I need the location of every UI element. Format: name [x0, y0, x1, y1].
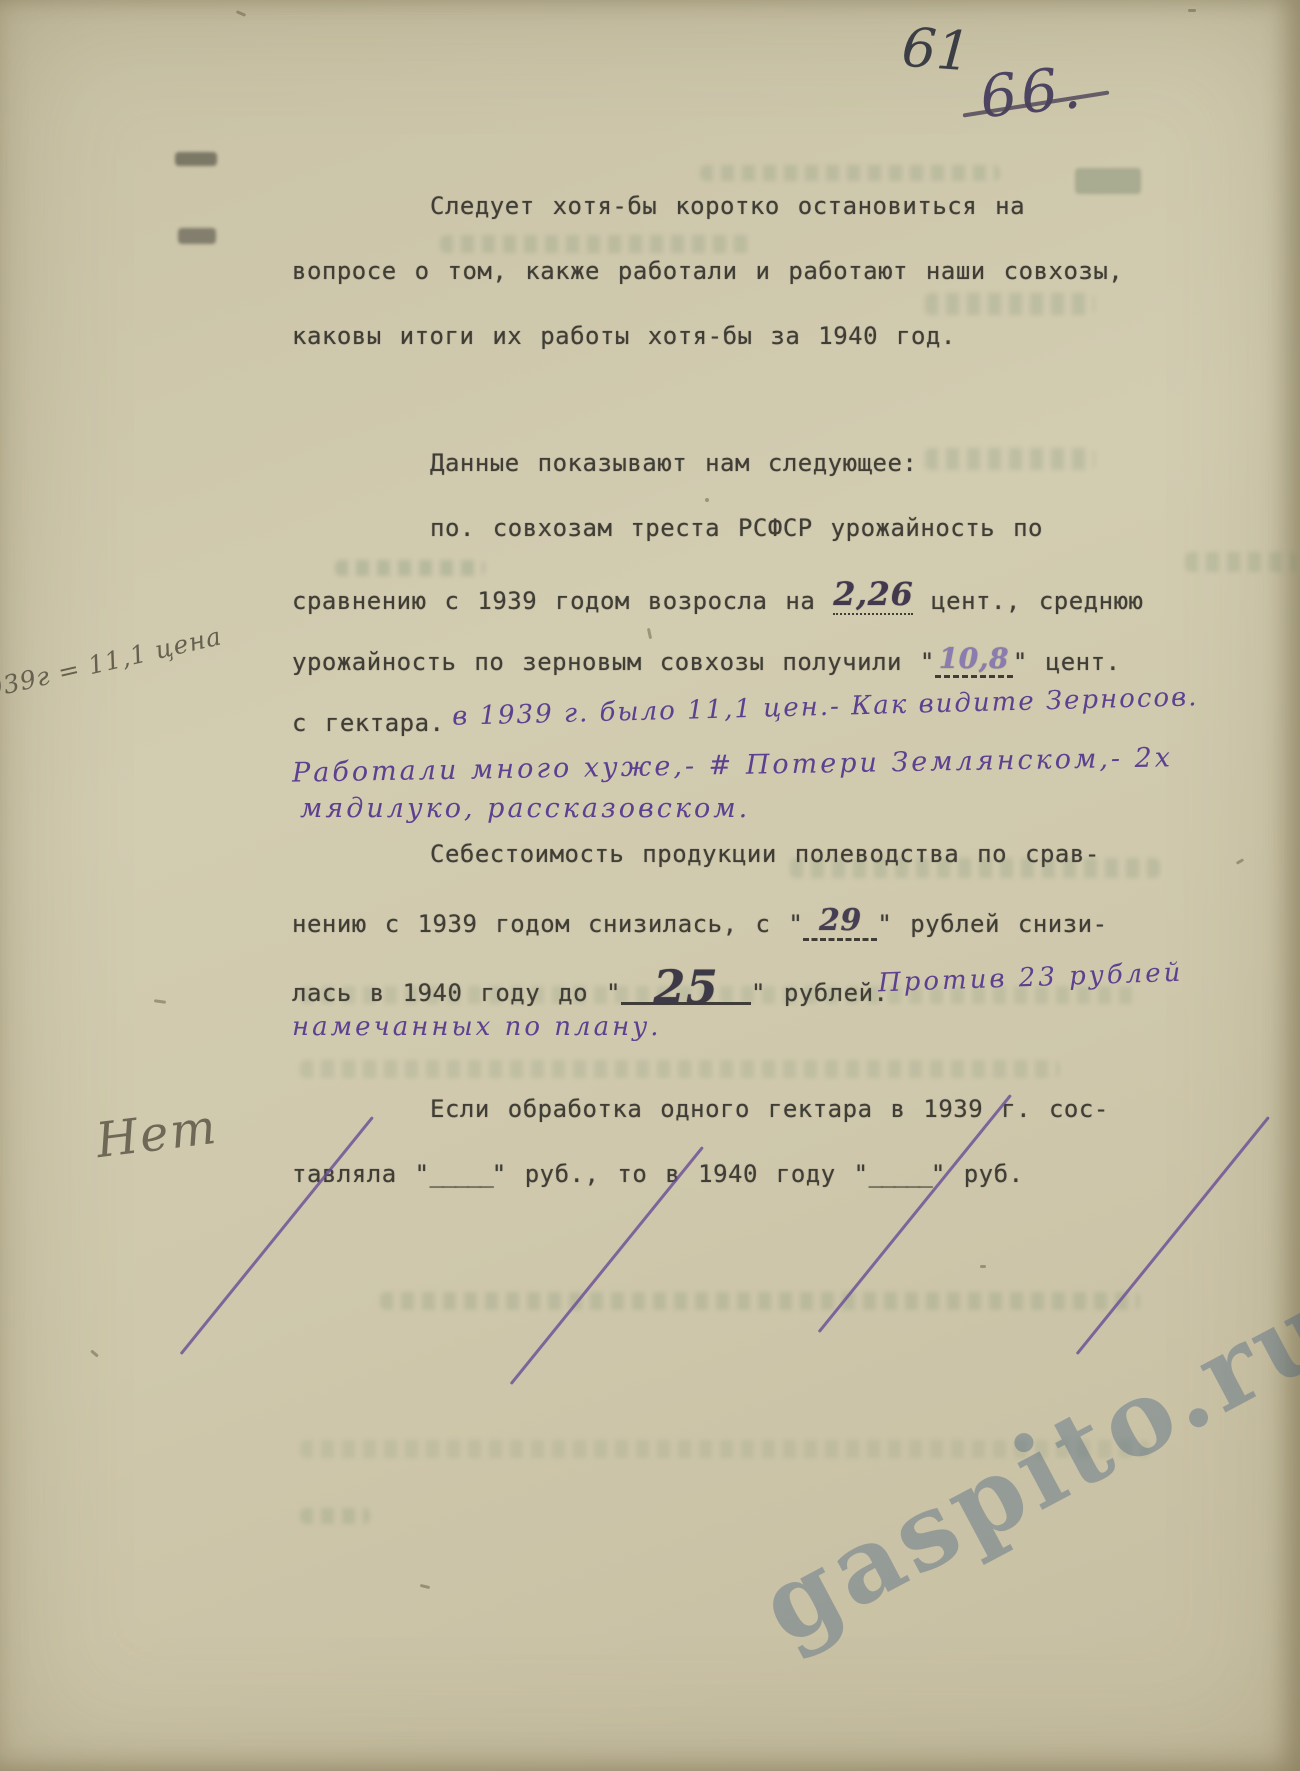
bleedthrough-text [925, 293, 1095, 315]
typed-line: по. совхозам треста РСФСР урожайность по [430, 514, 1043, 542]
paper-fiber [980, 1265, 986, 1268]
bleedthrough-text [925, 448, 1095, 470]
typed-line: Данные показывают нам следующее: [430, 449, 917, 477]
paper-fiber [1188, 9, 1196, 12]
edge-smudge [175, 152, 217, 166]
typed-text: урожайность по зерновым совхозы получили… [292, 648, 935, 676]
ink-smudge [1075, 168, 1141, 194]
typed-text: лась в 1940 году до " [292, 979, 621, 1007]
typed-line: нению с 1939 годом снизилась, с "29" руб… [292, 905, 1108, 943]
crossed-page-number: 66. [977, 53, 1088, 132]
typed-text: цент., среднюю [913, 587, 1143, 615]
handwritten-fill-cost-to: 25 [621, 972, 751, 1005]
typed-line: с гектара. [292, 709, 445, 737]
bleedthrough-text [700, 165, 1000, 181]
bleedthrough-text [380, 1292, 1140, 1310]
typed-line: тавляла "_____" руб., то в 1940 году "__… [292, 1160, 1024, 1188]
edge-smudge [178, 228, 216, 244]
typed-line: Следует хотя-бы коротко остановиться на [430, 192, 1025, 220]
typed-line: вопросе о том, какже работали и работают… [292, 257, 1123, 285]
typed-blank: _____ [869, 1160, 931, 1188]
typed-line: урожайность по зерновым совхозы получили… [292, 644, 1121, 680]
typed-text: " цент. [1013, 648, 1121, 676]
typed-line: сравнению с 1939 годом возросла на 2,26 … [292, 579, 1143, 619]
bleedthrough-text [440, 235, 750, 253]
typed-text: сравнению с 1939 годом возросла на [292, 587, 833, 615]
typed-text: " рублей снизи- [877, 910, 1107, 938]
handwritten-fill-increase: 2,26 [833, 575, 913, 615]
typed-blank: _____ [430, 1160, 492, 1188]
handwritten-fill-yield: 10,8 [935, 642, 1013, 678]
typed-line: Себестоимость продукции полеводства по с… [430, 840, 1100, 868]
typed-line: каковы итоги их работы хотя-бы за 1940 г… [292, 322, 956, 350]
handwritten-note-districts: мядилуко, рассказовском. [300, 793, 750, 824]
bleedthrough-text [300, 1508, 370, 1524]
typed-text: тавляла " [292, 1160, 430, 1188]
paper-fiber [705, 498, 709, 502]
bleedthrough-text [300, 1060, 1060, 1078]
typed-text: нению с 1939 годом снизилась, с " [292, 910, 803, 938]
bleedthrough-text [1185, 552, 1297, 572]
bleedthrough-text [335, 560, 485, 576]
scanned-archive-document: { "typed": { "p1_l1": "Следует хотя-бы к… [0, 0, 1300, 1771]
typed-text: " рублей. [751, 979, 889, 1007]
handwritten-note-plan: намечанных по плану. [292, 1012, 662, 1042]
handwritten-fill-cost-from: 29 [803, 903, 877, 941]
page-number-pencil: 61 [900, 16, 973, 84]
typed-line: лась в 1940 году до "25" рублей. [292, 970, 888, 1007]
